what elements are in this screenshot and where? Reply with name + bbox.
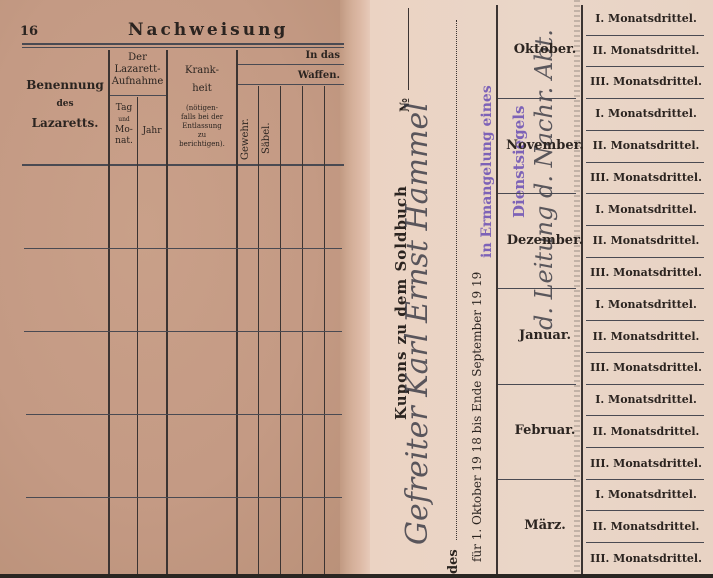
third-row: II. Monatsdrittel.	[585, 44, 707, 57]
month-november: November.	[506, 138, 584, 153]
month-line-4	[498, 384, 576, 385]
header-jahr: Jahr	[138, 124, 166, 138]
header-krankheit-line1: Krank-	[168, 62, 236, 80]
header-aufnahme: Der Lazarett- Aufnahme	[110, 52, 165, 88]
handwritten-name: Gefreiter Karl Ernst Hammel	[400, 102, 435, 545]
third-line	[586, 130, 704, 131]
third-line	[586, 193, 704, 194]
third-row: I. Monatsdrittel.	[585, 203, 707, 216]
third-row: III. Monatsdrittel.	[585, 75, 707, 88]
aufnahme-divider	[110, 95, 166, 96]
third-row: II. Monatsdrittel.	[585, 234, 707, 247]
third-row: III. Monatsdrittel.	[585, 361, 707, 374]
col-line-3	[166, 50, 168, 574]
thirds-divider-line	[581, 5, 583, 574]
col-line-6	[280, 86, 281, 574]
coupon-prefix: des	[446, 549, 461, 574]
coupon-period: für 1. Oktober 19 18 bis Ende September …	[470, 272, 484, 562]
month-line-5	[498, 479, 576, 480]
note-line4: zu	[168, 131, 236, 140]
third-row: I. Monatsdrittel.	[585, 12, 707, 25]
header-benennung-line1: Benennung	[22, 78, 108, 92]
note-line1: (nötigen-	[168, 104, 236, 113]
month-dezember: Dezember.	[506, 233, 584, 248]
row-line-1	[24, 248, 342, 249]
month-line-3	[498, 288, 576, 289]
third-line	[586, 257, 704, 258]
third-line	[586, 320, 704, 321]
header-rule-bottom	[22, 164, 344, 166]
third-row: II. Monatsdrittel.	[585, 330, 707, 343]
stamp-line-2: Dienstsiegels	[510, 106, 528, 218]
page-number: 16	[20, 24, 38, 39]
third-row: I. Monatsdrittel.	[585, 393, 707, 406]
third-line	[586, 225, 704, 226]
third-line	[586, 98, 704, 99]
header-benennung-line3: Lazaretts.	[22, 116, 108, 130]
stamp-line-1: in Ermangelung eines	[479, 85, 495, 258]
month-januar: Januar.	[506, 328, 584, 343]
header-gewehr: Gewehr.	[240, 118, 251, 160]
page-title: Nachweisung	[128, 20, 288, 40]
number-underline	[408, 8, 409, 90]
header-aufnahme-line3: Aufnahme	[110, 76, 165, 88]
third-line	[586, 35, 704, 36]
third-line	[586, 510, 704, 511]
handwritten-note: d. Leitung d. Nachr. Abt.	[530, 29, 558, 330]
coupon-divider-line	[496, 5, 498, 574]
row-line-3	[26, 414, 342, 415]
col-line-7	[302, 86, 303, 574]
header-tag: Tag und Mo- nat.	[110, 103, 138, 147]
header-krankheit: Krank- heit	[168, 62, 236, 98]
header-rule-top	[22, 43, 344, 45]
note-line5: berichtigen).	[168, 140, 236, 149]
third-line	[586, 447, 704, 448]
book-spine	[340, 0, 372, 574]
month-line-1	[498, 98, 576, 99]
col-line-4	[236, 50, 238, 574]
header-tag-line3: Mo-	[110, 125, 138, 136]
name-dotted-line	[456, 20, 458, 540]
third-line	[586, 288, 704, 289]
third-row: III. Monatsdrittel.	[585, 266, 707, 279]
month-oktober: Oktober.	[506, 42, 584, 57]
header-tag-line2: und	[110, 114, 138, 125]
third-row: II. Monatsdrittel.	[585, 139, 707, 152]
third-line	[586, 162, 704, 163]
third-row: III. Monatsdrittel.	[585, 457, 707, 470]
header-aufnahme-line2: Lazarett-	[110, 64, 165, 76]
row-line-4	[26, 497, 342, 498]
header-benennung-line2: des	[22, 97, 108, 111]
waffen-divider	[237, 84, 344, 85]
note-line3: Entlassung	[168, 122, 236, 131]
header-tag-line4: nat.	[110, 136, 138, 147]
third-line	[586, 384, 704, 385]
third-row: III. Monatsdrittel.	[585, 552, 707, 565]
third-row: I. Monatsdrittel.	[585, 107, 707, 120]
header-krankheit-note: (nötigen- falls bei der Entlassung zu be…	[168, 104, 236, 149]
third-line	[586, 66, 704, 67]
perforation	[574, 0, 580, 574]
third-line	[586, 352, 704, 353]
month-februar: Februar.	[506, 423, 584, 438]
note-line2: falls bei der	[168, 113, 236, 122]
header-krankheit-line2: heit	[168, 80, 236, 98]
header-saebel: Säbel.	[261, 122, 272, 154]
third-line	[586, 415, 704, 416]
row-line-2	[24, 331, 342, 332]
col-line-1	[108, 50, 110, 574]
in-das-divider	[237, 64, 344, 65]
header-aufnahme-line1: Der	[110, 52, 165, 64]
col-line-8	[324, 86, 325, 574]
col-line-5	[258, 86, 259, 574]
header-rule-top-thin	[22, 47, 344, 48]
month-line-2	[498, 193, 576, 194]
month-maerz: März.	[506, 518, 584, 533]
header-benennung: Benennung des Lazaretts.	[22, 78, 108, 130]
bottom-edge	[0, 574, 713, 578]
third-row: III. Monatsdrittel.	[585, 171, 707, 184]
third-line	[586, 542, 704, 543]
header-in-das: In das	[270, 49, 340, 63]
third-row: II. Monatsdrittel.	[585, 520, 707, 533]
third-row: I. Monatsdrittel.	[585, 298, 707, 311]
third-line	[586, 479, 704, 480]
third-row: I. Monatsdrittel.	[585, 488, 707, 501]
third-row: II. Monatsdrittel.	[585, 425, 707, 438]
col-line-2	[137, 97, 138, 574]
header-tag-line1: Tag	[110, 103, 138, 114]
header-waffen: Waffen.	[270, 69, 340, 83]
